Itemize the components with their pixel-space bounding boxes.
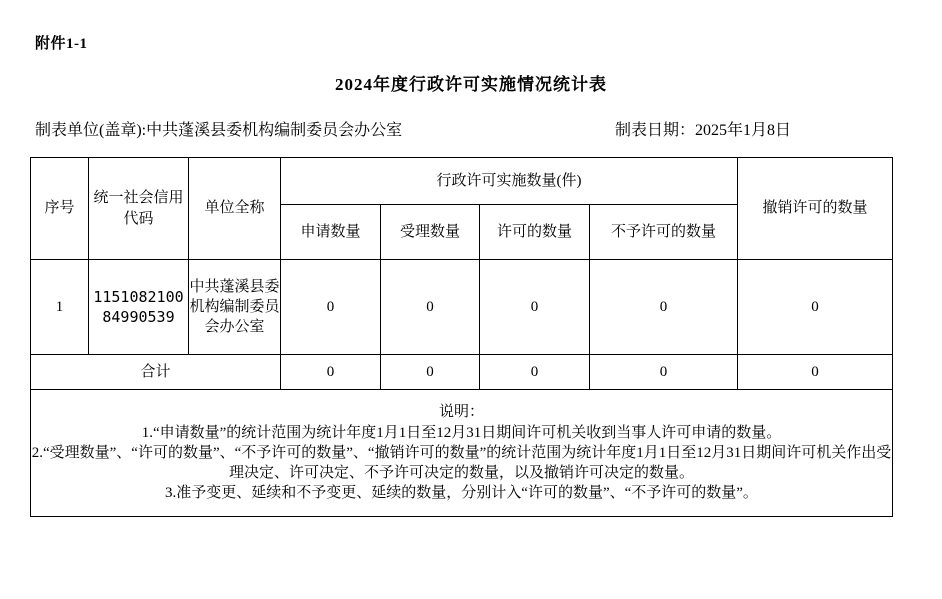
cell-denied: 0: [590, 260, 738, 355]
cell-credit-code: 115108210084990539: [89, 260, 189, 355]
total-accepted: 0: [381, 355, 480, 390]
total-granted: 0: [480, 355, 590, 390]
document-page: 附件1-1 2024年度行政许可实施情况统计表 制表单位(盖章):中共蓬溪县委机…: [0, 0, 942, 599]
note-line-3: 3.准予变更、延续和不予变更、延续的数量，分别计入“许可的数量”、“不予许可的数…: [31, 483, 892, 503]
column-header-denied: 不予许可的数量: [590, 205, 738, 260]
column-header-granted: 许可的数量: [480, 205, 590, 260]
total-revoked: 0: [738, 355, 893, 390]
cell-unit-name: 中共蓬溪县委机构编制委员会办公室: [189, 260, 281, 355]
prepared-by-unit: 制表单位(盖章):中共蓬溪县委机构编制委员会办公室: [35, 117, 402, 140]
column-header-unit-name: 单位全称: [189, 158, 281, 260]
attachment-label: 附件1-1: [35, 32, 88, 53]
prepared-date: 制表日期：2025年1月8日: [615, 117, 791, 140]
cell-applied: 0: [281, 260, 381, 355]
page-title: 2024年度行政许可实施情况统计表: [0, 70, 942, 95]
total-denied: 0: [590, 355, 738, 390]
total-label: 合计: [31, 355, 281, 390]
column-header-credit-code: 统一社会信用代码: [89, 158, 189, 260]
cell-granted: 0: [480, 260, 590, 355]
column-header-revoked: 撤销许可的数量: [738, 158, 893, 260]
header-row-top: 序号 统一社会信用代码 单位全称 行政许可实施数量(件) 撤销许可的数量: [31, 158, 893, 205]
notes-title: 说明：: [31, 402, 892, 422]
column-header-applied: 申请数量: [281, 205, 381, 260]
statistics-table: 序号 统一社会信用代码 单位全称 行政许可实施数量(件) 撤销许可的数量 申请数…: [30, 157, 893, 517]
notes-section: 说明： 1.“申请数量”的统计范围为统计年度1月1日至12月31日期间许可机关收…: [31, 390, 893, 517]
table-row: 1 115108210084990539 中共蓬溪县委机构编制委员会办公室 0 …: [31, 260, 893, 355]
cell-accepted: 0: [381, 260, 480, 355]
total-applied: 0: [281, 355, 381, 390]
cell-revoked: 0: [738, 260, 893, 355]
notes-row: 说明： 1.“申请数量”的统计范围为统计年度1月1日至12月31日期间许可机关收…: [31, 390, 893, 517]
note-line-2: 2.“受理数量”、“许可的数量”、“不予许可的数量”、“撤销许可的数量”的统计范…: [31, 443, 892, 484]
cell-seq: 1: [31, 260, 89, 355]
note-line-1: 1.“申请数量”的统计范围为统计年度1月1日至12月31日期间许可机关收到当事人…: [31, 423, 892, 443]
total-row: 合计 0 0 0 0 0: [31, 355, 893, 390]
column-header-accepted: 受理数量: [381, 205, 480, 260]
column-header-seq: 序号: [31, 158, 89, 260]
column-header-implementation-group: 行政许可实施数量(件): [281, 158, 738, 205]
